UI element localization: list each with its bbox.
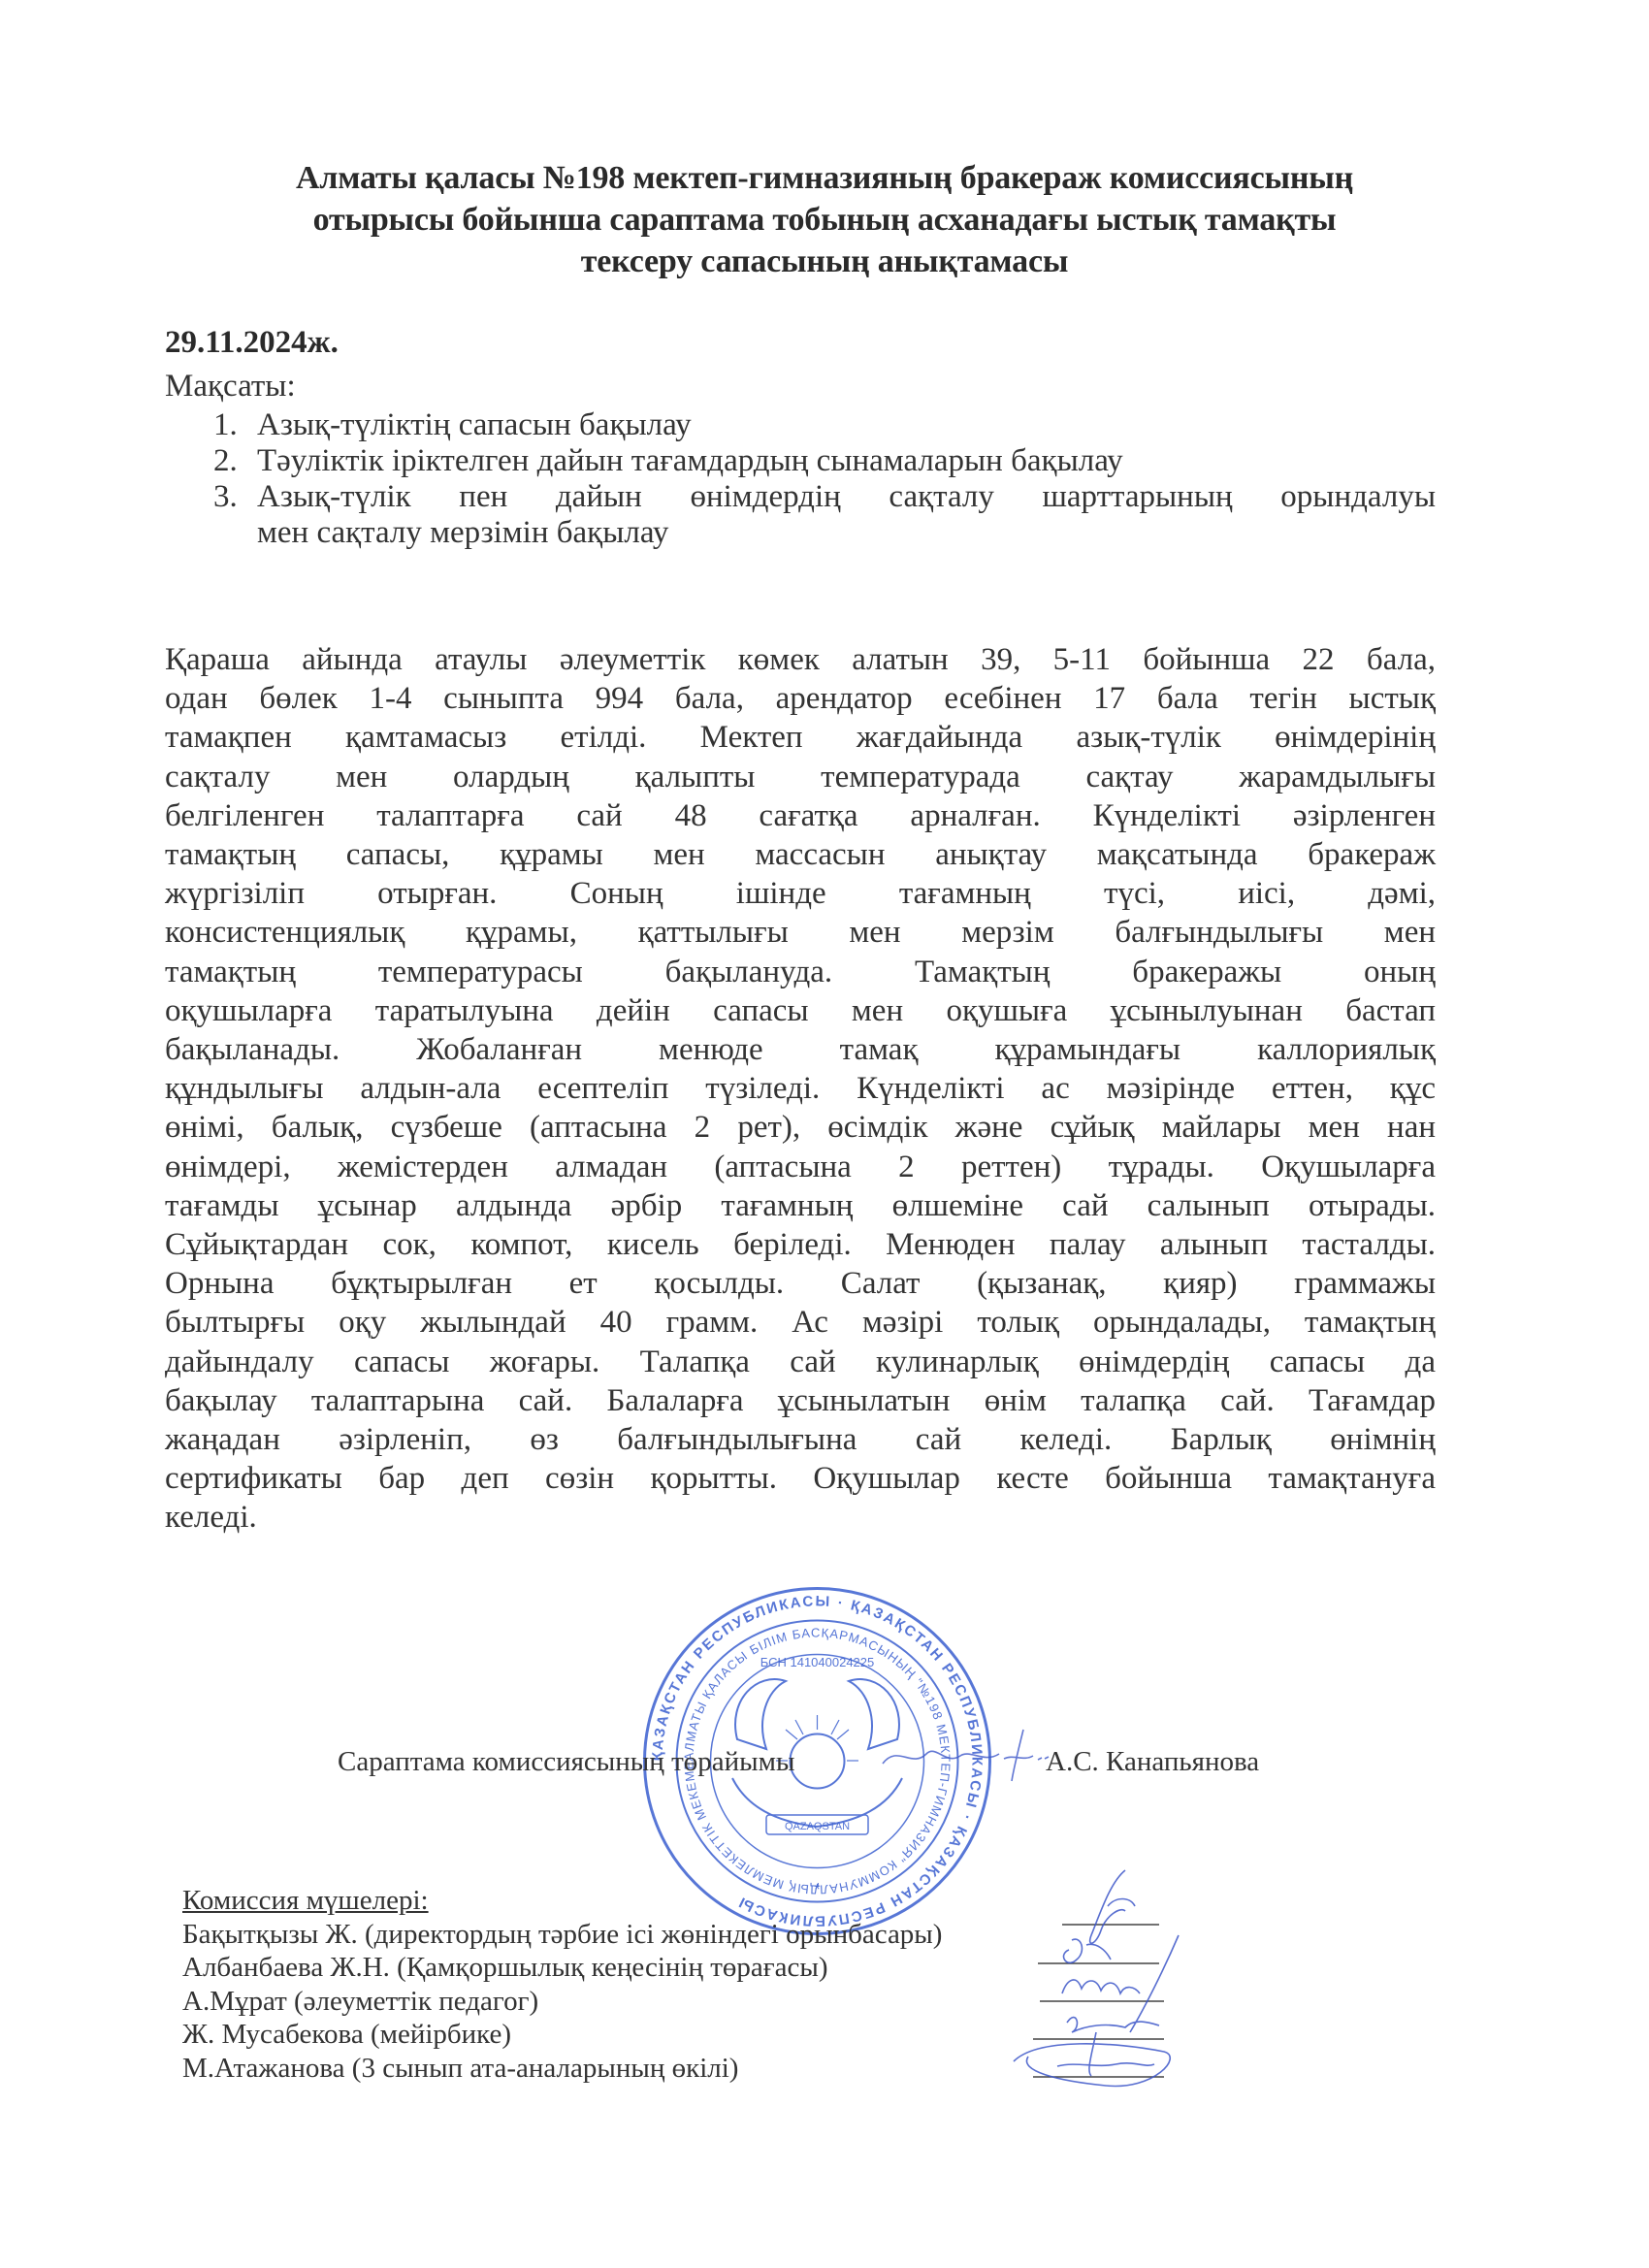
body-line: сақталу мен олардың қалыпты температурад…	[165, 758, 1436, 796]
body-line: консистенциялық құрамы, қаттылығы мен ме…	[165, 913, 1436, 952]
members-heading: Комиссия мүшелері:	[182, 1884, 942, 1918]
chair-name: А.С. Канапьянова	[1046, 1746, 1259, 1778]
stamp-emblem-label: QAZAQSTAN	[785, 1821, 850, 1832]
goal-number: 2.	[213, 443, 238, 479]
body-line: белгіленген талаптарға сай 48 сағатқа ар…	[165, 796, 1436, 835]
body-line: Қараша айында атаулы әлеуметтік көмек ал…	[165, 640, 1436, 679]
body-line: одан бөлек 1-4 сыныпта 994 бала, арендат…	[165, 679, 1436, 718]
body-line: тамақпен қамтамасыз етілді. Мектеп жағда…	[165, 718, 1436, 757]
goal-number: 3.	[213, 479, 238, 515]
body-line: Сұйықтардан сок, компот, кисель беріледі…	[165, 1225, 1436, 1264]
member-row: Албанбаева Ж.Н. (Қамқоршылық кеңесінің т…	[182, 1951, 942, 1985]
body-line: Орнына бұқтырылған ет қосылды. Салат (қы…	[165, 1264, 1436, 1303]
goals-label: Мақсаты:	[165, 369, 296, 405]
goal-text-line-2: мен сақталу мерзімін бақылау	[257, 515, 1436, 551]
title-line-1: Алматы қаласы №198 мектеп-гимназияның бр…	[145, 157, 1503, 199]
body-line: өнімі, балық, сүзбеше (аптасына 2 рет), …	[165, 1108, 1436, 1147]
body-line: жаңадан әзірленіп, өз балғындылығына сай…	[165, 1420, 1436, 1459]
body-line: тамақтың температурасы бақылануда. Тамақ…	[165, 953, 1436, 991]
commission-members: Комиссия мүшелері: Бақытқызы Ж. (директо…	[182, 1884, 942, 2085]
body-line: сертификаты бар деп сөзін қорытты. Оқушы…	[165, 1459, 1436, 1498]
document-date: 29.11.2024ж.	[165, 325, 339, 361]
body-line: бақыланады. Жобаланған менюде тамақ құра…	[165, 1030, 1436, 1069]
member-row: Бақытқызы Ж. (директордың тәрбие ісі жөн…	[182, 1918, 942, 1952]
member-row: А.Мұрат (әлеуметтік педагог)	[182, 1985, 942, 2019]
document-page: Алматы қаласы №198 мектеп-гимназияның бр…	[0, 0, 1649, 2268]
goal-item: 3. Азық-түлік пен дайын өнімдердің сақта…	[165, 479, 1436, 551]
body-paragraph: Қараша айында атаулы әлеуметтік көмек ал…	[165, 640, 1436, 1538]
member-signatures-icon	[999, 1863, 1251, 2115]
goal-text: Азық-түліктің сапасын бақылау	[257, 407, 692, 442]
body-line: тағамды ұсынар алдында әрбір тағамның өл…	[165, 1186, 1436, 1225]
body-line: өнімдері, жемістерден алмадан (аптасына …	[165, 1148, 1436, 1186]
goal-text: Тәуліктік іріктелген дайын тағамдардың с…	[257, 443, 1123, 478]
goal-item: 1. Азық-түліктің сапасын бақылау	[165, 407, 1436, 443]
member-row: Ж. Мусабекова (мейірбике)	[182, 2018, 942, 2052]
title-line-3: тексеру сапасының анықтамасы	[145, 241, 1503, 282]
body-line: дайындалу сапасы жоғары. Талапқа сай кул…	[165, 1343, 1436, 1381]
chair-signature-icon	[878, 1725, 1072, 1783]
goal-number: 1.	[213, 407, 238, 443]
body-line: жүргізіліп отырған. Соның ішінде тағамны…	[165, 874, 1436, 913]
body-line: құндылығы алдын-ала есептеліп түзіледі. …	[165, 1069, 1436, 1108]
document-title: Алматы қаласы №198 мектеп-гимназияның бр…	[145, 157, 1503, 282]
body-line: тамақтың сапасы, құрамы мен массасын аны…	[165, 835, 1436, 874]
body-line: бақылау талаптарына сай. Балаларға ұсыны…	[165, 1381, 1436, 1420]
body-line: былтырғы оқу жылындай 40 грамм. Ас мәзір…	[165, 1303, 1436, 1342]
body-line: оқушыларға таратылуына дейін сапасы мен …	[165, 991, 1436, 1030]
stamp-bin: БСН 141040024225	[760, 1655, 875, 1669]
member-row: М.Атажанова (3 сынып ата-аналарының өкіл…	[182, 2052, 942, 2086]
body-line: келеді.	[165, 1498, 1436, 1537]
goal-text-line-1: Азық-түлік пен дайын өнімдердің сақталу …	[257, 479, 1436, 515]
chair-role: Сараптама комиссиясының төрайымы	[338, 1746, 794, 1778]
goal-item: 2. Тәуліктік іріктелген дайын тағамдарды…	[165, 443, 1436, 479]
goals-list: 1. Азық-түліктің сапасын бақылау 2. Тәул…	[165, 407, 1436, 551]
title-line-2: отырысы бойынша сараптама тобының асхана…	[145, 199, 1503, 241]
